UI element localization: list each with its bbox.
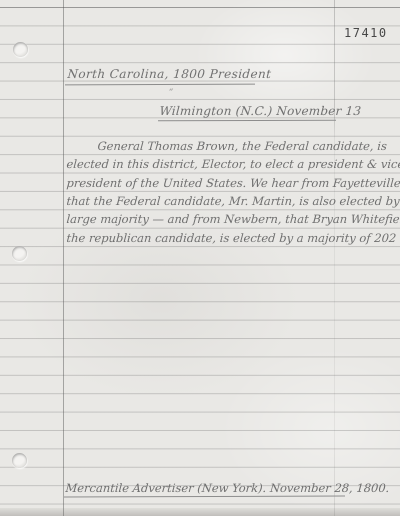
source-underline: [64, 496, 345, 498]
hole-punch: [13, 42, 28, 57]
body-line: that the Federal candidate, Mr. Martin, …: [66, 194, 400, 208]
hole-punch: [12, 453, 27, 468]
crease-line: [334, 0, 335, 516]
body-line: president of the United States. We hear …: [66, 176, 400, 190]
heading-underline: [65, 84, 255, 86]
body-line: elected in this district, Elector, to el…: [66, 157, 400, 171]
body-line: the republican candidate, is elected by …: [66, 231, 400, 245]
page-bottom-edge: [0, 508, 400, 516]
dateline-underline: [158, 120, 336, 122]
notebook-page: 17410 North Carolina, 1800 President “ W…: [0, 0, 400, 516]
heading: North Carolina, 1800 President: [67, 67, 272, 81]
hole-punch: [12, 246, 27, 261]
open-quote-mark: “: [168, 86, 174, 100]
dateline: Wilmington (N.C.) November 13: [159, 104, 362, 118]
source-citation: Mercantile Advertiser (New York). Novemb…: [65, 481, 390, 495]
page-number-stamp: 17410: [344, 26, 388, 40]
top-rule-line: [0, 7, 400, 8]
body-line: large majority — and from Newbern, that …: [66, 212, 400, 226]
margin-line: [63, 0, 64, 516]
body-line: General Thomas Brown, the Federal candid…: [97, 139, 387, 153]
